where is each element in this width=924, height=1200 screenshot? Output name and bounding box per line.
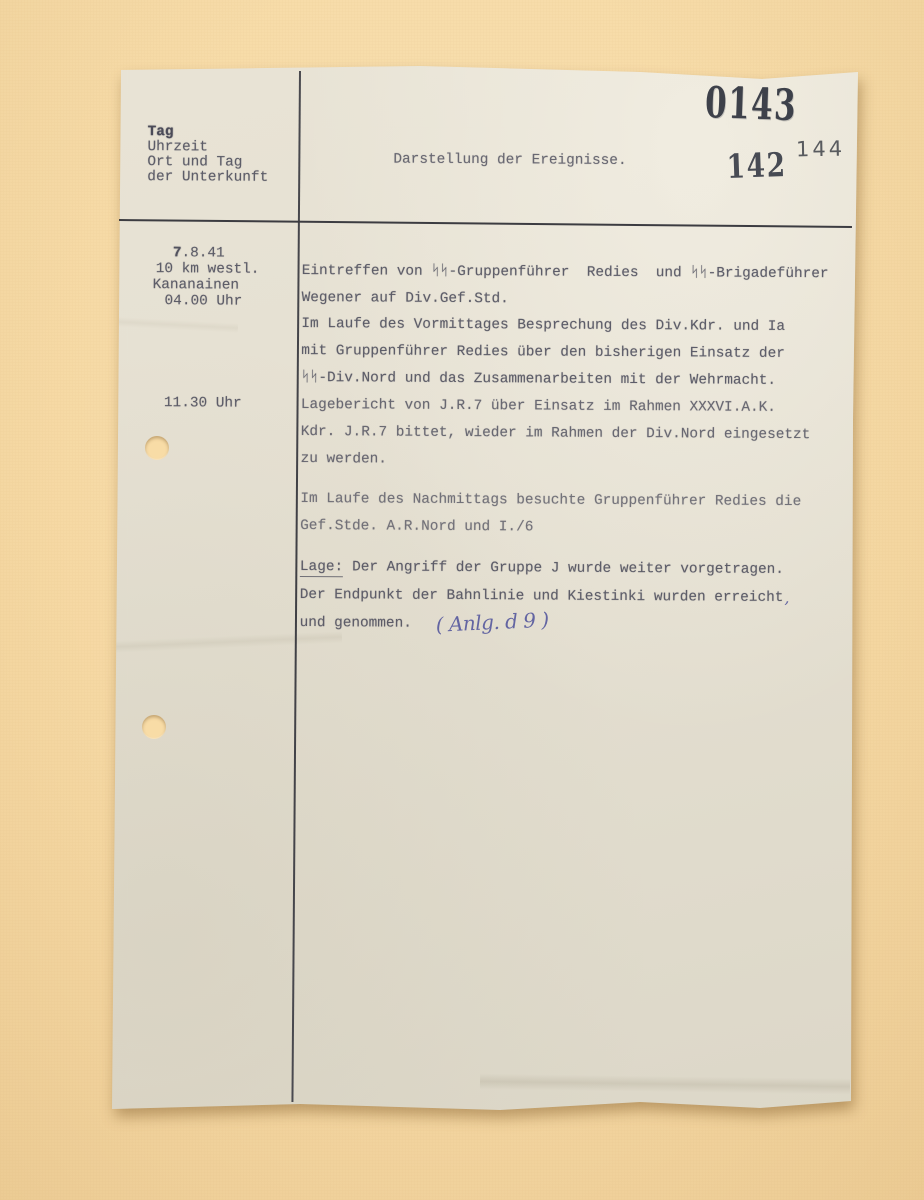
event-text-line: Lagebericht von J.R.7 über Einsatz im Ra… (301, 396, 776, 417)
lage-label: Lage: (300, 559, 343, 577)
punch-hole-bottom (142, 715, 166, 739)
entry-date-rest: .8.41 (181, 245, 224, 261)
header-left-label-line: der Unterkunft (147, 168, 268, 187)
folio-number-stamp-large: 0143 (704, 78, 798, 131)
lage-text: Der Angriff der Gruppe J wurde weiter vo… (352, 559, 784, 578)
folio-number-small: 144 (796, 137, 846, 162)
event-text-line: Gef.Stde. A.R.Nord und I./6 (300, 517, 533, 536)
events-column-title: Darstellung der Ereignisse. (393, 151, 626, 170)
event-text-line: Im Laufe des Vormittages Besprechung des… (301, 315, 785, 336)
handwritten-comma: , (784, 588, 789, 607)
event-text-line: Kdr. J.R.7 bittet, wieder im Rahmen der … (301, 423, 811, 444)
punch-hole-top (145, 436, 169, 460)
event-text-line: Im Laufe des Nachmittags besuchte Gruppe… (300, 490, 801, 511)
event-text-line: ᛋᛋ-Div.Nord und das Zusammenarbeiten mit… (301, 369, 776, 390)
lage-text: Der Endpunkt der Bahnlinie und Kiestinki… (300, 587, 784, 606)
entry-time: 11.30 Uhr (164, 394, 242, 412)
entry-date-day: 7 (173, 245, 182, 261)
event-text-line: zu werden. (301, 450, 387, 469)
event-text-line: Wegener auf Div.Gef.Std. (302, 289, 509, 308)
event-text-line: Der Endpunkt der Bahnlinie und Kiestinki… (300, 584, 790, 607)
folio-number-stamp-medium: 142 (726, 145, 787, 186)
event-text-line: Eintreffen von ᛋᛋ-Gruppenführer Redies u… (302, 262, 829, 283)
handwritten-annotation: ( Anlg. d 9 ) (436, 611, 550, 634)
event-text-line: und genommen.( Anlg. d 9 ) (300, 610, 549, 634)
scanned-war-diary-page: Tag Uhrzeit Ort und Tag der Unterkunft D… (0, 0, 924, 1200)
entry-time: 04.00 Uhr (165, 292, 243, 310)
event-text-line: Lage:Der Angriff der Gruppe J wurde weit… (300, 558, 784, 579)
lage-text: und genommen. (300, 615, 412, 632)
event-text-line: mit Gruppenführer Redies über den bisher… (301, 342, 785, 363)
